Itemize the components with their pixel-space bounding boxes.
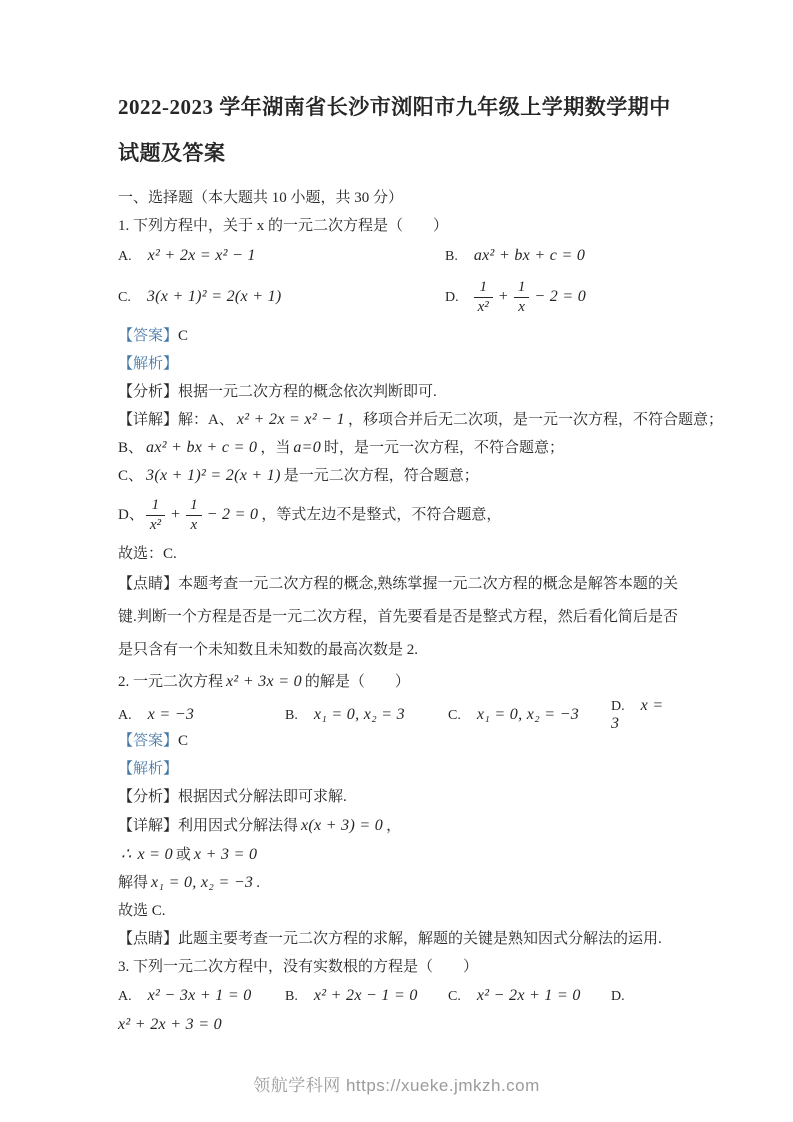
document-content: 2022-2023 学年湖南省长沙市浏阳市九年级上学期数学期中 试题及答案 一、… xyxy=(0,0,793,1039)
q2-step2-line: 解得x₁ = 0, x₂ = −3. xyxy=(118,869,678,897)
detail-prefix: 【详解】利用因式分解法得 xyxy=(118,818,298,834)
q2-option-b-math: x₁ = 0, x₂ = 3 xyxy=(314,706,405,723)
q3-options-row: A.x² − 3x + 1 = 0 B.x² + 2x − 1 = 0 C.x²… xyxy=(118,981,678,1011)
q3-option-c-label: C. xyxy=(448,989,461,1004)
detail-prefix: 【详解】解：A、 xyxy=(118,412,234,428)
q1-fenxi-line: 【分析】根据一元二次方程的概念依次判断即可. xyxy=(118,378,678,406)
analysis-label: 【解析】 xyxy=(118,356,178,372)
fraction-one-over-x: 1x xyxy=(514,279,530,315)
q1-option-a: A.x² + 2x = x² − 1 xyxy=(118,247,445,265)
q1-detail-c-line: C、3(x + 1)² = 2(x + 1)是一元二次方程，符合题意； xyxy=(118,462,678,490)
step-prefix: 解得 xyxy=(118,875,148,891)
q1-stem: 1. 下列方程中，关于 x 的一元二次方程是（ ） xyxy=(118,212,678,240)
answer-label: 【答案】 xyxy=(118,328,178,344)
q2-stem-suffix: 的解是（ ） xyxy=(305,674,410,690)
fraction-one-over-x: 1x xyxy=(186,497,202,533)
footer-site-name: 领航学科网 xyxy=(253,1076,341,1095)
q2-fenxi-line: 【分析】根据因式分解法即可求解. xyxy=(118,783,678,811)
detail-suffix: 是一元二次方程，符合题意； xyxy=(284,468,479,484)
fraction-one-over-x-squared: 1x² xyxy=(146,497,165,533)
detail-suffix: ，移项合并后无二次项，是一元一次方程，不符合题意； xyxy=(348,412,723,428)
q3-option-d-label: D. xyxy=(611,989,625,1004)
q2-conclusion: 故选 C. xyxy=(118,897,678,925)
q1-dianjing: 【点睛】本题考查一元二次方程的概念,熟练掌握一元二次方程的概念是解答本题的关键.… xyxy=(118,568,678,667)
q1-option-c-math: 3(x + 1)² = 2(x + 1) xyxy=(147,288,282,305)
detail-suffix: ， xyxy=(386,818,401,834)
q1-option-d-label: D. xyxy=(445,290,459,305)
q2-option-c-math: x₁ = 0, x₂ = −3 xyxy=(477,706,579,723)
page-footer: 领航学科网 https://xueke.jmkzh.com xyxy=(0,1071,793,1096)
question-1: 1. 下列方程中，关于 x 的一元二次方程是（ ） A.x² + 2x = x²… xyxy=(118,212,678,667)
analysis-label: 【解析】 xyxy=(118,761,178,777)
answer-label: 【答案】 xyxy=(118,733,178,749)
detail-suffix: ，等式左边不是整式，不符合题意， xyxy=(261,501,501,529)
q2-stem: 2. 一元二次方程x² + 3x = 0的解是（ ） xyxy=(118,667,678,697)
q1-answer-line: 【答案】C xyxy=(118,322,678,350)
q2-option-b-label: B. xyxy=(285,708,298,723)
question-2: 2. 一元二次方程x² + 3x = 0的解是（ ） A.x = −3 B.x₁… xyxy=(118,667,678,953)
title-line-1: 2022-2023 学年湖南省长沙市浏阳市九年级上学期数学期中 xyxy=(118,84,678,130)
q2-option-d: D.x = 3 xyxy=(611,697,678,733)
q1-option-b: B.ax² + bx + c = 0 xyxy=(445,247,678,265)
q3-option-a-label: A. xyxy=(118,989,132,1004)
step-math: x₁ = 0, x₂ = −3 xyxy=(151,874,253,891)
q2-option-a: A.x = −3 xyxy=(118,706,285,724)
q1-option-b-math: ax² + bx + c = 0 xyxy=(474,247,585,264)
detail-math: x² + 2x = x² − 1 xyxy=(237,411,345,428)
fraction-one-over-x-squared: 1x² xyxy=(474,279,493,315)
step-math-2: x + 3 = 0 xyxy=(194,846,257,863)
q1-analysis-line: 【解析】 xyxy=(118,350,678,378)
q2-stem-math: x² + 3x = 0 xyxy=(226,673,302,690)
q3-option-a-math: x² − 3x + 1 = 0 xyxy=(148,987,252,1004)
q2-answer-line: 【答案】C xyxy=(118,727,678,755)
q3-option-b-math: x² + 2x − 1 = 0 xyxy=(314,987,418,1004)
footer-url: https://xueke.jmkzh.com xyxy=(346,1076,540,1095)
q1-option-d: D.1x²+1x− 2 = 0 xyxy=(445,279,678,315)
detail-math: ax² + bx + c = 0 xyxy=(146,439,257,456)
step-suffix: . xyxy=(256,875,260,891)
q1-option-a-label: A. xyxy=(118,249,132,264)
q2-detail-line: 【详解】利用因式分解法得x(x + 3) = 0， xyxy=(118,811,678,841)
detail-prefix: B、 xyxy=(118,440,143,456)
q2-option-a-math: x = −3 xyxy=(148,706,195,723)
q3-option-d-wrap-line: x² + 2x + 3 = 0 xyxy=(118,1011,678,1039)
detail-suffix: 时，是一元一次方程，不符合题意； xyxy=(324,440,564,456)
q2-options-row: A.x = −3 B.x₁ = 0, x₂ = 3 C.x₁ = 0, x₂ =… xyxy=(118,697,678,727)
q1-option-d-plus: + xyxy=(498,288,509,305)
q1-options-row-1: A.x² + 2x = x² − 1 B.ax² + bx + c = 0 xyxy=(118,240,678,272)
detail-math-2: a=0 xyxy=(293,439,321,456)
q3-option-d-wrap-math: x² + 2x + 3 = 0 xyxy=(118,1016,222,1033)
detail-prefix: C、 xyxy=(118,468,143,484)
q3-option-c: C.x² − 2x + 1 = 0 xyxy=(448,987,611,1005)
q1-detail-a-line: 【详解】解：A、x² + 2x = x² − 1，移项合并后无二次项，是一元一次… xyxy=(118,406,678,434)
q2-analysis-line: 【解析】 xyxy=(118,755,678,783)
detail-mid: ，当 xyxy=(260,440,290,456)
q1-option-b-label: B. xyxy=(445,249,458,264)
q3-option-c-math: x² − 2x + 1 = 0 xyxy=(477,987,581,1004)
page-title: 2022-2023 学年湖南省长沙市浏阳市九年级上学期数学期中 试题及答案 xyxy=(118,84,678,176)
q3-option-b: B.x² + 2x − 1 = 0 xyxy=(285,987,448,1005)
q1-conclusion: 故选：C. xyxy=(118,540,678,568)
q1-detail-b-line: B、ax² + bx + c = 0，当a=0时，是一元一次方程，不符合题意； xyxy=(118,434,678,462)
detail-math: 3(x + 1)² = 2(x + 1) xyxy=(146,467,281,484)
detail-tail: − 2 = 0 xyxy=(207,501,259,529)
q1-option-d-tail: − 2 = 0 xyxy=(534,288,586,305)
q2-option-b: B.x₁ = 0, x₂ = 3 xyxy=(285,706,448,724)
therefore-symbol: ∴ xyxy=(121,846,131,863)
answer-value: C xyxy=(178,328,188,344)
detail-math: x(x + 3) = 0 xyxy=(301,817,383,834)
q1-option-c-label: C. xyxy=(118,290,131,305)
q2-option-d-label: D. xyxy=(611,699,625,714)
q1-detail-d-line: D、1x²+1x− 2 = 0，等式左边不是整式，不符合题意， xyxy=(118,490,678,540)
q3-stem: 3. 下列一元二次方程中，没有实数根的方程是（ ） xyxy=(118,953,678,981)
q2-step1-line: ∴x = 0或x + 3 = 0 xyxy=(118,841,678,869)
q2-option-c-label: C. xyxy=(448,708,461,723)
q3-option-a: A.x² − 3x + 1 = 0 xyxy=(118,987,285,1005)
q2-dianjing: 【点睛】此题主要考查一元二次方程的求解，解题的关键是熟知因式分解法的运用. xyxy=(118,925,678,953)
detail-plus: + xyxy=(170,501,181,529)
title-line-2: 试题及答案 xyxy=(118,130,678,176)
step-math: x = 0 xyxy=(137,846,172,863)
q1-option-a-math: x² + 2x = x² − 1 xyxy=(148,247,256,264)
q2-option-c: C.x₁ = 0, x₂ = −3 xyxy=(448,706,611,724)
q3-option-b-label: B. xyxy=(285,989,298,1004)
detail-prefix: D、 xyxy=(118,501,144,529)
step-mid: 或 xyxy=(176,847,191,863)
q1-option-c: C.3(x + 1)² = 2(x + 1) xyxy=(118,288,445,306)
q1-options-row-2: C.3(x + 1)² = 2(x + 1) D.1x²+1x− 2 = 0 xyxy=(118,272,678,322)
answer-value: C xyxy=(178,733,188,749)
q2-stem-prefix: 2. 一元二次方程 xyxy=(118,674,223,690)
question-3: 3. 下列一元二次方程中，没有实数根的方程是（ ） A.x² − 3x + 1 … xyxy=(118,953,678,1039)
document-page: 2022-2023 学年湖南省长沙市浏阳市九年级上学期数学期中 试题及答案 一、… xyxy=(0,0,793,1122)
section-header: 一、选择题（本大题共 10 小题，共 30 分） xyxy=(118,184,678,212)
q2-option-a-label: A. xyxy=(118,708,132,723)
q3-option-d: D. xyxy=(611,987,678,1005)
